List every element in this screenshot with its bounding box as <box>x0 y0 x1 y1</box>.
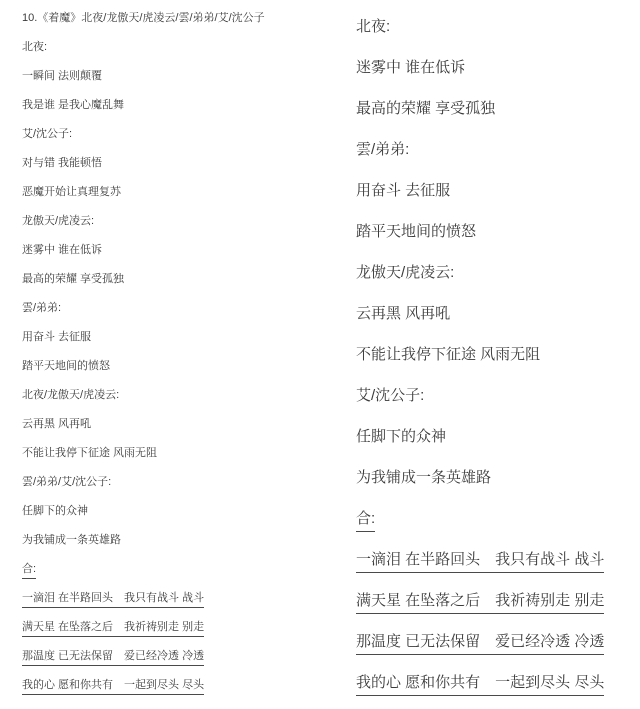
lyrics-page: 10.《着魔》北夜/龙傲天/虎凌云/雲/弟弟/艾/沈公子北夜:一瞬间 法则颠覆我… <box>0 0 640 709</box>
lyric-line: 那温度 已无法保留 爱已经冷透 冷透 <box>356 621 638 662</box>
speaker-line: 雲/弟弟: <box>22 294 342 323</box>
lyric-line: 迷雾中 谁在低诉 <box>22 236 342 265</box>
lyric-line: 用奋斗 去征服 <box>356 170 638 211</box>
lyric-line: 我是谁 是我心魔乱舞 <box>22 91 342 120</box>
speaker-line: 雲/弟弟/艾/沈公子: <box>22 468 342 497</box>
lyrics-column-large: 北夜:迷雾中 谁在低诉最高的荣耀 享受孤独雲/弟弟:用奋斗 去征服踏平天地间的愤… <box>356 6 638 703</box>
lyric-line: 那温度 已无法保留 爱已经冷透 冷透 <box>22 642 342 671</box>
lyric-line: 用奋斗 去征服 <box>22 323 342 352</box>
lyric-line: 一滴泪 在半路回头 我只有战斗 战斗 <box>356 539 638 580</box>
lyric-line: 不能让我停下征途 风雨无阻 <box>356 334 638 375</box>
lyric-line: 满天星 在坠落之后 我祈祷别走 别走 <box>356 580 638 621</box>
lyric-line: 不能让我停下征途 风雨无阻 <box>22 439 342 468</box>
lyric-line: 踏平天地间的愤怒 <box>22 352 342 381</box>
lyric-line: 为我铺成一条英雄路 <box>356 457 638 498</box>
lyric-line: 满天星 在坠落之后 我祈祷别走 别走 <box>22 613 342 642</box>
lyric-line: 最高的荣耀 享受孤独 <box>356 88 638 129</box>
speaker-line: 合: <box>356 498 638 539</box>
lyric-line: 对与错 我能顿悟 <box>22 149 342 178</box>
speaker-line: 合: <box>22 555 342 584</box>
lyric-line: 我的心 愿和你共有 一起到尽头 尽头 <box>356 662 638 703</box>
speaker-line: 艾/沈公子: <box>22 120 342 149</box>
speaker-line: 艾/沈公子: <box>356 375 638 416</box>
lyric-line: 为我铺成一条英雄路 <box>22 526 342 555</box>
lyric-line: 迷雾中 谁在低诉 <box>356 47 638 88</box>
speaker-line: 北夜/龙傲天/虎凌云: <box>22 381 342 410</box>
lyric-line: 任脚下的众神 <box>356 416 638 457</box>
speaker-line: 北夜: <box>22 33 342 62</box>
title-line: 10.《着魔》北夜/龙傲天/虎凌云/雲/弟弟/艾/沈公子 <box>22 4 342 33</box>
lyric-line: 我的心 愿和你共有 一起到尽头 尽头 <box>22 671 342 700</box>
lyric-line: 云再黑 风再吼 <box>356 293 638 334</box>
lyric-line: 一瞬间 法则颠覆 <box>22 62 342 91</box>
lyric-line: 踏平天地间的愤怒 <box>356 211 638 252</box>
speaker-line: 龙傲天/虎凌云: <box>22 207 342 236</box>
speaker-line: 雲/弟弟: <box>356 129 638 170</box>
lyric-line: 云再黑 风再吼 <box>22 410 342 439</box>
lyrics-column-compact: 10.《着魔》北夜/龙傲天/虎凌云/雲/弟弟/艾/沈公子北夜:一瞬间 法则颠覆我… <box>22 4 342 700</box>
speaker-line: 北夜: <box>356 6 638 47</box>
lyric-line: 最高的荣耀 享受孤独 <box>22 265 342 294</box>
lyric-line: 一滴泪 在半路回头 我只有战斗 战斗 <box>22 584 342 613</box>
lyric-line: 恶魔开始让真理复苏 <box>22 178 342 207</box>
speaker-line: 龙傲天/虎凌云: <box>356 252 638 293</box>
lyric-line: 任脚下的众神 <box>22 497 342 526</box>
